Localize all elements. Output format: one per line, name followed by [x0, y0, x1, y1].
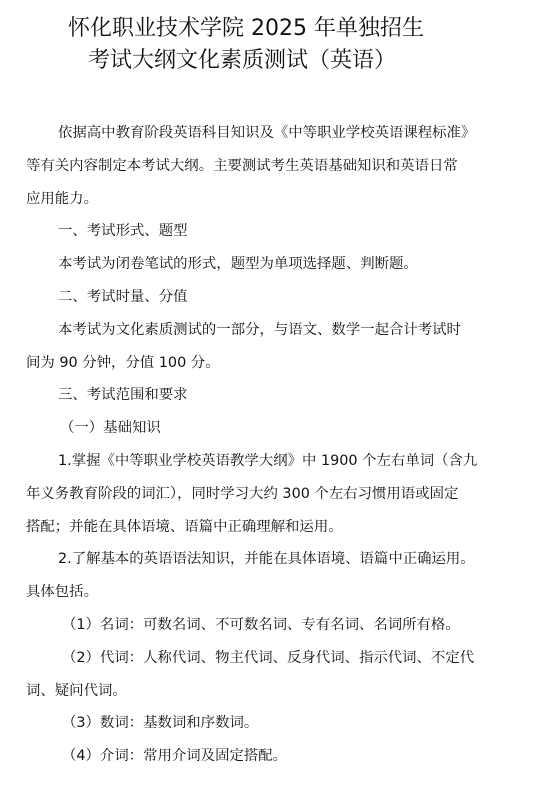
text-line: 本考试为文化素质测试的一部分，与语文、数学一起合计考试时: [26, 314, 496, 347]
section-heading-1: 一、考试形式、题型: [26, 215, 496, 248]
text-line: 搭配；并能在具体语境、语篇中正确理解和运用。: [26, 511, 496, 544]
heading-text: （一）基础知识: [26, 412, 496, 445]
section-heading-2: 二、考试时量、分值: [26, 281, 496, 314]
section-2-body: 本考试为文化素质测试的一部分，与语文、数学一起合计考试时 间为 90 分钟，分值…: [26, 314, 496, 380]
item-1: 1.掌握《中等职业学校英语教学大纲》中 1900 个左右单词（含九 年义务教育阶…: [26, 445, 496, 543]
subsection-heading-1: （一）基础知识: [26, 412, 496, 445]
text-line: 间为 90 分钟，分值 100 分。: [26, 347, 496, 380]
grammar-item-1: （1）名词：可数名词、不可数名词、专有名词、名词所有格。: [26, 609, 496, 642]
section-heading-3: 三、考试范围和要求: [26, 379, 496, 412]
text-line: 应用能力。: [26, 183, 496, 216]
text-line: 2.了解基本的英语语法知识，并能在具体语境、语篇中正确运用。: [26, 543, 496, 576]
text-line: 词、疑问代词。: [26, 675, 496, 708]
document-body: 依据高中教育阶段英语科目知识及《中等职业学校英语课程标准》 等有关内容制定本考试…: [26, 117, 496, 773]
item-2: 2.了解基本的英语语法知识，并能在具体语境、语篇中正确运用。 具体包括。: [26, 543, 496, 609]
intro-paragraph: 依据高中教育阶段英语科目知识及《中等职业学校英语课程标准》 等有关内容制定本考试…: [26, 117, 496, 215]
text-line: 依据高中教育阶段英语科目知识及《中等职业学校英语课程标准》: [26, 117, 496, 150]
text-line: （3）数词：基数词和序数词。: [26, 707, 496, 740]
text-line: （1）名词：可数名词、不可数名词、专有名词、名词所有格。: [26, 609, 496, 642]
heading-text: 二、考试时量、分值: [26, 281, 496, 314]
text-line: 本考试为闭卷笔试的形式，题型为单项选择题、判断题。: [26, 248, 496, 281]
text-line: 年义务教育阶段的词汇），同时学习大约 300 个左右习惯用语或固定: [26, 478, 496, 511]
heading-text: 三、考试范围和要求: [26, 379, 496, 412]
grammar-item-4: （4）介词：常用介词及固定搭配。: [26, 740, 496, 773]
section-1-body: 本考试为闭卷笔试的形式，题型为单项选择题、判断题。: [26, 248, 496, 281]
text-line: 具体包括。: [26, 576, 496, 609]
grammar-item-2: （2）代词：人称代词、物主代词、反身代词、指示代词、不定代 词、疑问代词。: [26, 642, 496, 708]
document-title-line2: 考试大纲文化素质测试（英语）: [88, 46, 542, 76]
grammar-item-3: （3）数词：基数词和序数词。: [26, 707, 496, 740]
document-title-line1: 怀化职业技术学院 2025 年单独招生: [68, 14, 542, 44]
text-line: （4）介词：常用介词及固定搭配。: [26, 740, 496, 773]
text-line: 1.掌握《中等职业学校英语教学大纲》中 1900 个左右单词（含九: [26, 445, 496, 478]
text-line: （2）代词：人称代词、物主代词、反身代词、指示代词、不定代: [26, 642, 496, 675]
heading-text: 一、考试形式、题型: [26, 215, 496, 248]
text-line: 等有关内容制定本考试大纲。主要测试考生英语基础知识和英语日常: [26, 150, 496, 183]
